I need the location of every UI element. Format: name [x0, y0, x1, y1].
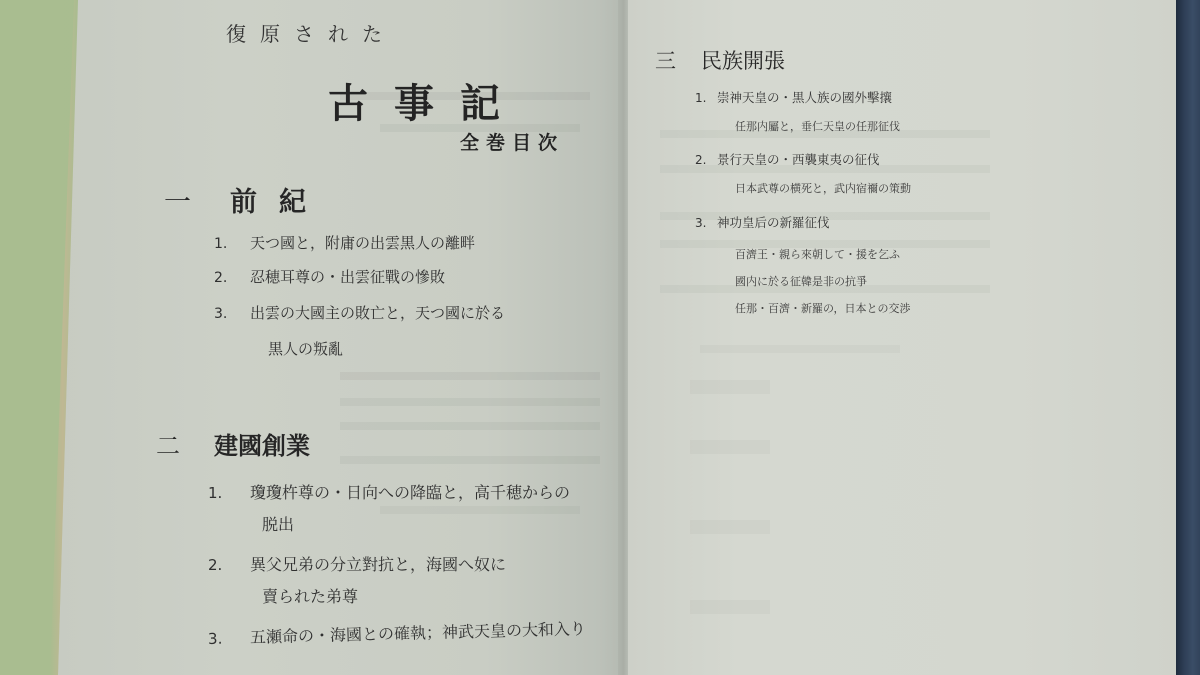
item-text: 出雲の大國主の敗亡と，天つ國に於る — [250, 304, 505, 322]
item-index: 1. — [214, 236, 250, 252]
toc-subitem: 任那内屬と，垂仁天皇の任那征伐 — [735, 118, 900, 134]
toc-item: 2.異父兄弟の分立對抗と，海國へ奴に — [208, 552, 506, 575]
section-heading-1: 一前紀 — [164, 180, 328, 219]
toc-item-continuation: 黒人の叛亂 — [268, 338, 343, 359]
section-heading-2: 二建國創業 — [156, 426, 310, 461]
book-photo: 復原された 古事記 全巻目次 一前紀 1.天つ國と，附庸の出雲黒人の離畔 2.忍… — [0, 0, 1200, 675]
toc-item-continuation: 脱出 — [262, 512, 294, 535]
item-index: 2. — [695, 153, 717, 167]
item-text: 崇神天皇の・黒人族の國外擊攘 — [717, 90, 892, 105]
toc-item: 3.出雲の大國主の敗亡と，天つ國に於る — [214, 302, 505, 323]
item-index: 2. — [208, 556, 250, 574]
book-subtitle: 復原された — [226, 18, 396, 47]
toc-subitem: 日本武尊の横死と，武内宿禰の策動 — [735, 180, 911, 196]
toc-item: 1.崇神天皇の・黒人族の國外擊攘 — [695, 88, 892, 106]
item-index: 3. — [208, 629, 250, 648]
section-number: 三 — [655, 45, 701, 75]
item-index: 1. — [695, 91, 717, 105]
toc-item-continuation: 賣られた弟尊 — [262, 584, 358, 607]
section-heading-3: 三民族開張 — [655, 45, 785, 75]
toc-item: 1.天つ國と，附庸の出雲黒人の離畔 — [214, 232, 475, 253]
item-text: 神功皇后の新羅征伐 — [717, 215, 830, 230]
section-number: 二 — [156, 426, 214, 461]
item-text: 異父兄弟の分立對抗と，海國へ奴に — [250, 555, 506, 574]
item-text: 忍穂耳尊の・出雲征戰の慘敗 — [250, 268, 445, 286]
item-index: 3. — [214, 306, 250, 322]
toc-subitem: 國内に於る征韓是非の抗爭 — [735, 273, 867, 289]
item-index: 2. — [214, 270, 250, 286]
section-title: 前紀 — [230, 187, 328, 218]
section-number: 一 — [164, 180, 230, 219]
toc-subitem: 任那・百濟・新羅の，日本との交渉 — [735, 300, 911, 316]
item-text: 天つ國と，附庸の出雲黒人の離畔 — [250, 234, 475, 252]
item-index: 1. — [208, 484, 250, 502]
item-text: 景行天皇の・西襲東夷の征伐 — [717, 152, 880, 167]
toc-item: 2.忍穂耳尊の・出雲征戰の慘敗 — [214, 266, 445, 287]
toc-label: 全巻目次 — [460, 128, 564, 155]
toc-item: 2.景行天皇の・西襲東夷の征伐 — [695, 150, 880, 168]
toc-subitem: 百濟王・親ら來朝して・援を乞ふ — [735, 246, 900, 262]
toc-item: 1.瓊瓊杵尊の・日向への降臨と，高千穂からの — [208, 480, 570, 503]
section-title: 建國創業 — [214, 432, 310, 460]
item-index: 3. — [695, 216, 717, 230]
toc-item: 3.神功皇后の新羅征伐 — [695, 213, 830, 231]
section-title: 民族開張 — [701, 49, 785, 73]
book-title: 古事記 — [328, 72, 526, 129]
item-text: 瓊瓊杵尊の・日向への降臨と，高千穂からの — [250, 483, 570, 502]
book-cover-edge — [1176, 0, 1200, 675]
